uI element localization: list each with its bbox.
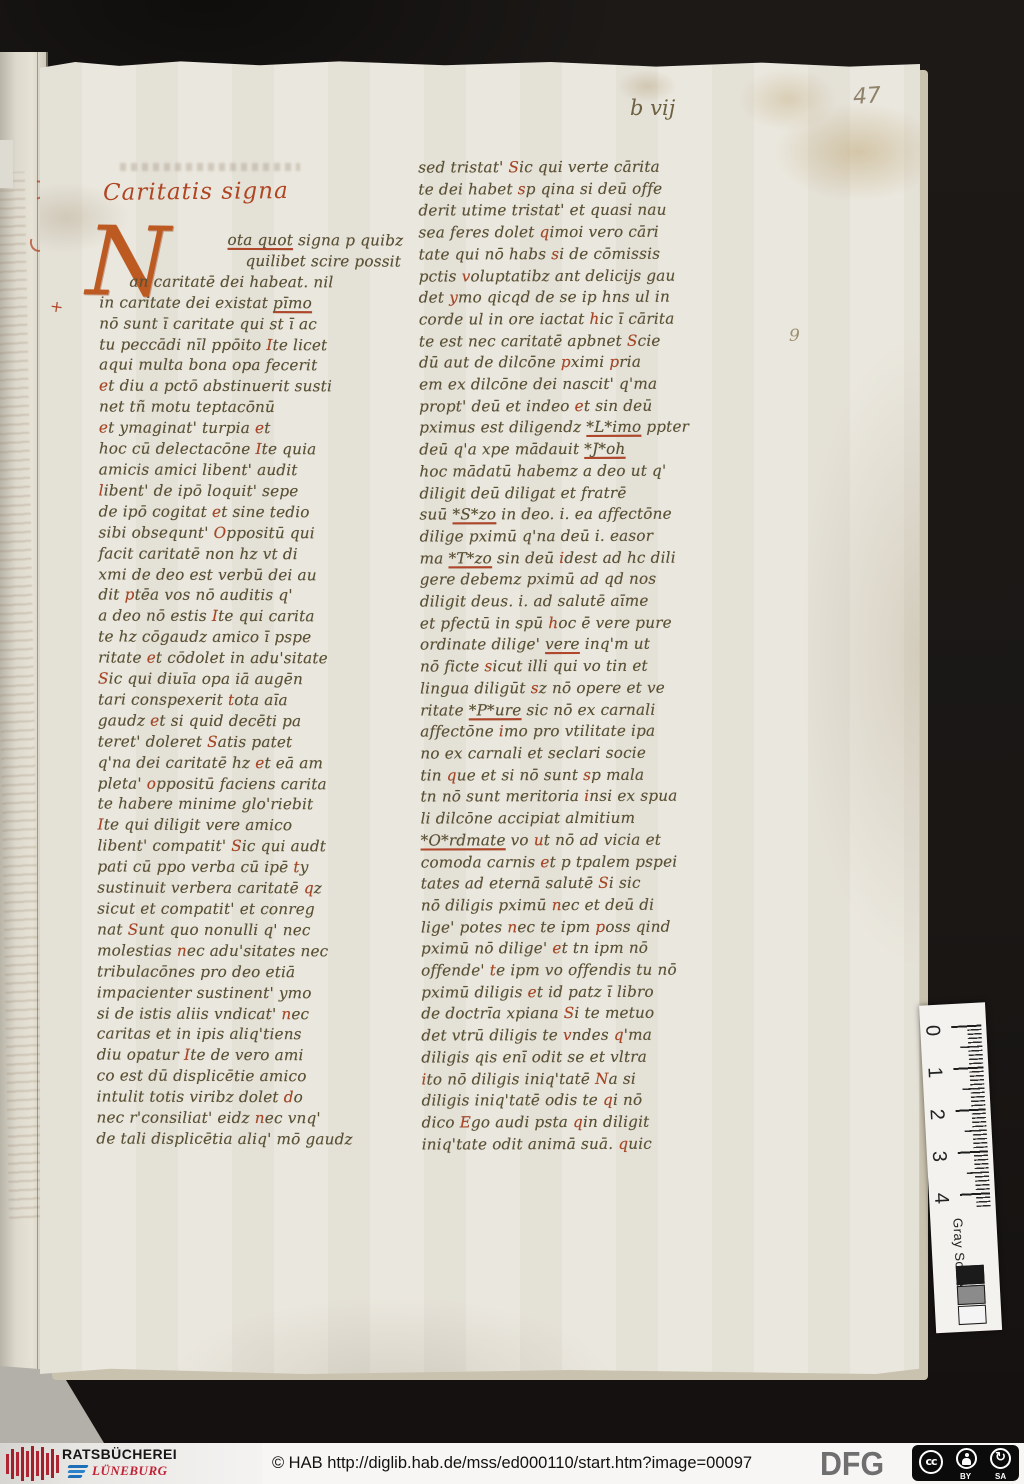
manuscript-text-line: teret' doleret Satis patet xyxy=(98,731,403,753)
manuscript-text-line: det vtrū diligis te vndes q'ma xyxy=(421,1025,721,1048)
manuscript-text-line: propt' deū et indeo et sin deū xyxy=(419,395,719,418)
manuscript-text-line: de ipō cogitat et sine tedio xyxy=(99,501,404,523)
dfg-logo: DFG xyxy=(820,1445,884,1483)
manuscript-text-line: diligis iniq'tatē odis te qi nō xyxy=(422,1090,722,1113)
manuscript-text-line: libent' de ipō loquit' sepe xyxy=(99,480,404,502)
manuscript-text-line: ritate et cōdolet in adu'sitate xyxy=(98,648,403,670)
showthrough-line xyxy=(120,163,300,171)
manuscript-text-line: dilige pximū q'na deū i. easor xyxy=(420,525,720,548)
manuscript-text-line: dit ptēa vos nō auditis q' xyxy=(98,585,403,607)
manuscript-text-line: pximus est diligendz *L*imo ppter xyxy=(419,417,719,440)
manuscript-text-line: sibi obsequnt' Oppositū qui xyxy=(99,522,404,544)
manuscript-text-line: nō diligis pximū nec et deū di xyxy=(421,894,721,917)
manuscript-text-line: facit caritatē non hz vt di xyxy=(98,543,403,565)
grayscale-swatch xyxy=(958,1305,987,1325)
manuscript-text-line: tribulacōnes pro deo etiā xyxy=(97,961,402,983)
manuscript-text-line: pati cū ppo verba cū ipē ty xyxy=(97,857,402,879)
manuscript-text-line: comoda carnis et p tpalem pspei xyxy=(421,851,721,874)
manuscript-text-line: det ymo qicqd de se ip hns ul in xyxy=(419,287,719,310)
manuscript-text-line: no ex carnali et seclari socie xyxy=(420,742,720,765)
manuscript-text-line: tates ad eternā salutē Si sic xyxy=(421,873,721,896)
manuscript-text-line: derit utime tristat' et quasi nau xyxy=(418,200,718,223)
manuscript-text-line: impacienter sustinent' ymo xyxy=(97,982,402,1004)
grayscale-swatch xyxy=(957,1285,986,1305)
cc-icon: cc xyxy=(919,1450,943,1474)
manuscript-text-line: pximū diligis et id patz ī libro xyxy=(421,981,721,1004)
manuscript-text-line: ritate *P*ure sic nō ex carnali xyxy=(420,699,720,722)
sa-icon: ↻ xyxy=(990,1448,1011,1469)
manuscript-text-line: li dilcōne accipiat almitium xyxy=(421,808,721,831)
manuscript-text-line: et ymaginat' turpia et xyxy=(99,418,404,440)
manuscript-text-line: Ite qui diligit vere amico xyxy=(97,815,402,837)
manuscript-text-line: sustinuit verbera caritatē qz xyxy=(97,878,402,900)
manuscript-text-line: offende' te ipm vo offendis tu nō xyxy=(421,959,721,982)
cc-license-badge: cc ↻ BY SA xyxy=(912,1445,1019,1481)
manuscript-text-line: amicis amici libent' audit xyxy=(99,459,404,481)
manuscript-text-line: diligit deus. i. ad salutē aīme xyxy=(420,591,720,614)
ruler-number: 3 xyxy=(927,1150,951,1162)
manuscript-text-line: a deo nō estis Ite qui carita xyxy=(98,606,403,628)
manuscript-text-line: nō ficte sicut illi qui vo tin et xyxy=(420,656,720,679)
text-column-left: ota quot signa p quibzquilibet scire pos… xyxy=(96,229,404,1150)
by-label: BY xyxy=(960,1472,971,1481)
manuscript-text-line: tn nō sunt meritoria insi ex spua xyxy=(420,786,720,809)
manuscript-text-line: hoc cū delectacōne Ite quia xyxy=(99,439,404,461)
manuscript-text-line: diu opatur Ite de vero ami xyxy=(97,1045,402,1067)
margin-mark: 9 xyxy=(789,326,800,346)
page-edge-sliver xyxy=(0,140,13,188)
rubric-heading: Caritatis signa xyxy=(103,180,289,205)
manuscript-text-line: quilibet scire possit xyxy=(245,251,404,272)
manuscript-text-line: si de istis aliis vndicat' nec xyxy=(97,1003,402,1025)
manuscript-text-line: molestias nec adu'sitates nec xyxy=(97,940,402,962)
manuscript-text-line: sed tristat' Sic qui verte cārita xyxy=(418,156,718,179)
manuscript-text-line: diligit deū diligat et fratrē xyxy=(419,482,719,505)
manuscript-text-line: ota quot signa p quibz xyxy=(228,230,405,252)
manuscript-text-line: dū aut de dilcōne pximi pria xyxy=(419,352,719,375)
manuscript-text-line: sicut et compatit' et conreg xyxy=(97,898,402,920)
manuscript-text-line: an caritatē dei habeat. nil xyxy=(129,271,404,293)
manuscript-text-line: de tali displicētia aliq' mō gaudz xyxy=(96,1128,401,1150)
manuscript-text-line: tu peccādi nīl ppōito Ite licet xyxy=(99,334,404,356)
manuscript-text-line: aqui multa bona opa fecerit xyxy=(99,355,404,377)
manuscript-text-line: te est nec caritatē apbnet Scie xyxy=(419,330,719,353)
manuscript-text-line: nat Sunt quo nonulli q' nec xyxy=(97,919,402,941)
manuscript-text-line: intulit totis viribz dolet do xyxy=(97,1087,402,1109)
ruler-number: 1 xyxy=(922,1066,946,1078)
manuscript-text-line: pleta' oppositū faciens carita xyxy=(98,773,403,795)
grayscale-swatches xyxy=(956,1265,985,1326)
manuscript-text-line: corde ul in ore iactat hic ī cārita xyxy=(419,308,719,331)
manuscript-text-line: in caritate dei existat pīmo xyxy=(99,292,404,314)
sa-label: SA xyxy=(995,1472,1006,1481)
manuscript-text-line: et diu a pctō abstinuerit susti xyxy=(99,376,404,398)
ruler-number: 4 xyxy=(929,1192,953,1204)
manuscript-text-line: xmi de deo est verbū dei au xyxy=(98,564,403,586)
manuscript-text-line: hoc mādatū habemz a deo ut q' xyxy=(419,460,719,483)
manuscript-text-line: *O*rdmate vo ut nō ad vicia et xyxy=(421,829,721,852)
manuscript-text-line: de doctrīa xpiana Si te metuo xyxy=(421,1003,721,1026)
quire-signature: b vij xyxy=(630,96,675,120)
ruler-number: 0 xyxy=(920,1024,944,1036)
manuscript-text-line: dico Ego audi psta qin diligit xyxy=(422,1111,722,1134)
manuscript-text-line: net tñ motu teptacōnū xyxy=(99,397,404,419)
ruler-major-ticks xyxy=(951,1025,991,1209)
manuscript-text-line: tari conspexerit tota aīa xyxy=(98,689,403,711)
manuscript-text-line: nec r'consiliat' eidz nec vnq' xyxy=(96,1108,401,1130)
manuscript-text-line: tate qui nō habs si de cōmissis xyxy=(419,243,719,266)
manuscript-text-line: Sic qui diuīa opa iā augēn xyxy=(98,668,403,690)
folio-number: 47 xyxy=(852,83,882,110)
manuscript-text-line: pximū nō dilige' et tn ipm nō xyxy=(421,938,721,961)
manuscript-text-line: deū q'a xpe mādauit *J*oh xyxy=(419,439,719,462)
manuscript-text-line: diligis qis enī odit se et vltra xyxy=(421,1046,721,1069)
manuscript-text-line: pctis voluptatibz ant delicijs gau xyxy=(419,265,719,288)
photo-background-bottom xyxy=(0,1372,1024,1443)
manuscript-text-line: te hz cōgaudz amico ī pspe xyxy=(98,627,403,649)
manuscript-text-line: nō sunt ī caritate qui st ī ac xyxy=(99,313,404,335)
manuscript-text-line: co est dū displicētie amico xyxy=(97,1066,402,1088)
manuscript-text-line: caritas et in ipis aliq'tiens xyxy=(97,1024,402,1046)
manuscript-text-line: ito nō diligis iniq'tatē Na si xyxy=(421,1068,721,1091)
manuscript-text-line: sea feres dolet qimoi vero cāri xyxy=(418,222,718,245)
manuscript-text-line: ma *T*zo sin deū idest ad hc dili xyxy=(420,547,720,570)
manuscript-text-line: libent' compatit' Sic qui audt xyxy=(97,836,402,858)
manuscript-text-line: tin que et si nō sunt sp mala xyxy=(420,764,720,787)
manuscript-text-line: suū *S*zo in deo. i. ea affectōne xyxy=(419,504,719,527)
footer-bar: RATSBÜCHEREI LÜNEBURG © HAB http://digli… xyxy=(0,1443,1024,1484)
manuscript-text-line: q'na dei caritatē hz et eā am xyxy=(98,752,403,774)
manuscript-text-line: te habere minime glo'riebit xyxy=(98,794,403,816)
manuscript-text-line: gere debemz pximū ad qd nos xyxy=(420,569,720,592)
manuscript-text-line: em ex dilcōne dei nascit' q'ma xyxy=(419,374,719,397)
manuscript-text-line: te dei habet sp qina si deū offe xyxy=(418,178,718,201)
by-icon xyxy=(956,1448,977,1469)
marginal-cross-mark: + xyxy=(49,296,65,317)
manuscript-text-line: lige' potes nec te ipm poss qind xyxy=(421,916,721,939)
manuscript-text-line: gaudz et si quid decēti pa xyxy=(98,710,403,732)
text-column-right: sed tristat' Sic qui verte cāritate dei … xyxy=(418,156,721,1155)
ruler-number: 2 xyxy=(925,1108,949,1120)
manuscript-text-line: lingua diligūt sz nō opere et ve xyxy=(420,677,720,700)
grayscale-swatch xyxy=(956,1265,985,1285)
manuscript-text-line: ordinate dilige' vere inq'm ut xyxy=(420,634,720,657)
manuscript-text-line: et pfectū in spū hoc ē vere pure xyxy=(420,612,720,635)
manuscript-text-line: affectōne imo pro vtilitate ipa xyxy=(420,721,720,744)
manuscript-text-line: iniq'tate odit animā suā. quic xyxy=(422,1133,722,1156)
